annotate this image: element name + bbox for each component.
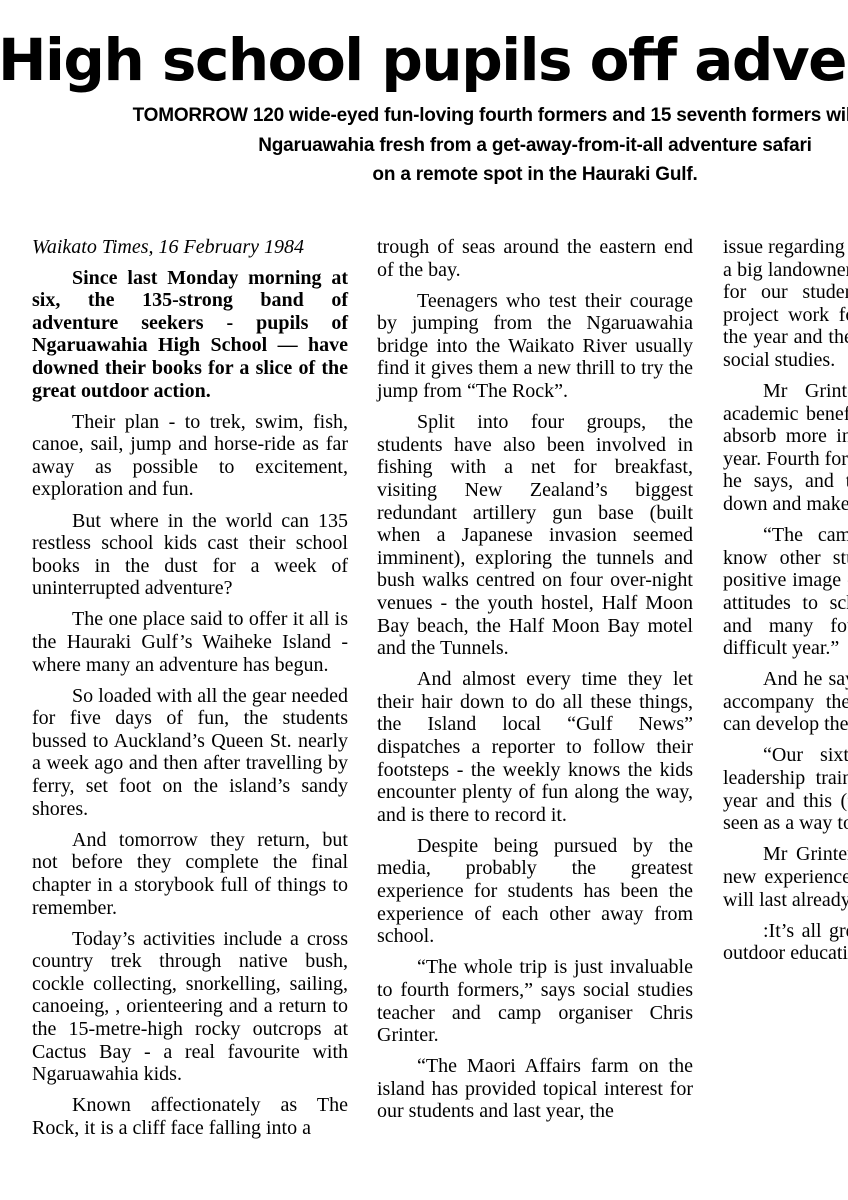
paragraph: But where in the world can 135 restless … xyxy=(32,510,348,600)
paragraph: Known affectionately as The Rock, it is … xyxy=(32,1094,348,1139)
lead-paragraph: Since last Monday morning at six, the 13… xyxy=(32,267,348,403)
paragraph: Split into four groups, the students hav… xyxy=(377,411,693,660)
paragraph: Teenagers who test their courage by jump… xyxy=(377,290,693,403)
article-column-1: Waikato Times, 16 February 1984 Since la… xyxy=(32,236,348,1148)
headline: High school pupils off adventuring xyxy=(0,22,848,98)
paragraph-continued: trough of seas around the eastern end of… xyxy=(377,236,693,281)
subhead-line: Ngaruawahia fresh from a get-away-from-i… xyxy=(0,131,848,161)
paragraph-continued: issue regarding the return of the land t… xyxy=(723,236,848,372)
paragraph: “The whole trip is just invaluable to fo… xyxy=(377,956,693,1046)
headline-text: High school pupils off adventuring xyxy=(0,22,848,98)
paragraph: Mr Grinter says the camp was a new exper… xyxy=(723,843,848,911)
paragraph: “The Maori Affairs farm on the island ha… xyxy=(377,1055,693,1123)
article-column-2: trough of seas around the eastern end of… xyxy=(377,236,693,1131)
paragraph: And he says seventh formers who accompan… xyxy=(723,668,848,736)
paragraph: And almost every time they let their hai… xyxy=(377,668,693,826)
paragraph: Despite being pursued by the media, prob… xyxy=(377,835,693,948)
paragraph: :It’s all great fun, and it’s part of ou… xyxy=(723,920,848,965)
subhead-line: TOMORROW 120 wide-eyed fun-loving fourth… xyxy=(0,101,848,131)
paragraph: Their plan - to trek, swim, fish, canoe,… xyxy=(32,411,348,501)
paragraph: So loaded with all the gear needed for f… xyxy=(32,685,348,821)
paragraph: And tomorrow they return, but not before… xyxy=(32,829,348,919)
subhead: TOMORROW 120 wide-eyed fun-loving fourth… xyxy=(0,101,848,190)
dateline: Waikato Times, 16 February 1984 xyxy=(32,236,348,259)
article-column-3: issue regarding the return of the land t… xyxy=(723,236,848,973)
paragraph: The one place said to offer it all is th… xyxy=(32,608,348,676)
paragraph: Mr Grinter says there is an academic ben… xyxy=(723,380,848,516)
paragraph: “The camp allows students to know other … xyxy=(723,524,848,660)
paragraph: Today’s activities include a cross count… xyxy=(32,928,348,1086)
newspaper-clipping: High school pupils off adventuring TOMOR… xyxy=(0,0,848,1200)
paragraph: “Our sixth formers have had leadership t… xyxy=(723,744,848,834)
subhead-line: on a remote spot in the Hauraki Gulf. xyxy=(0,160,848,190)
